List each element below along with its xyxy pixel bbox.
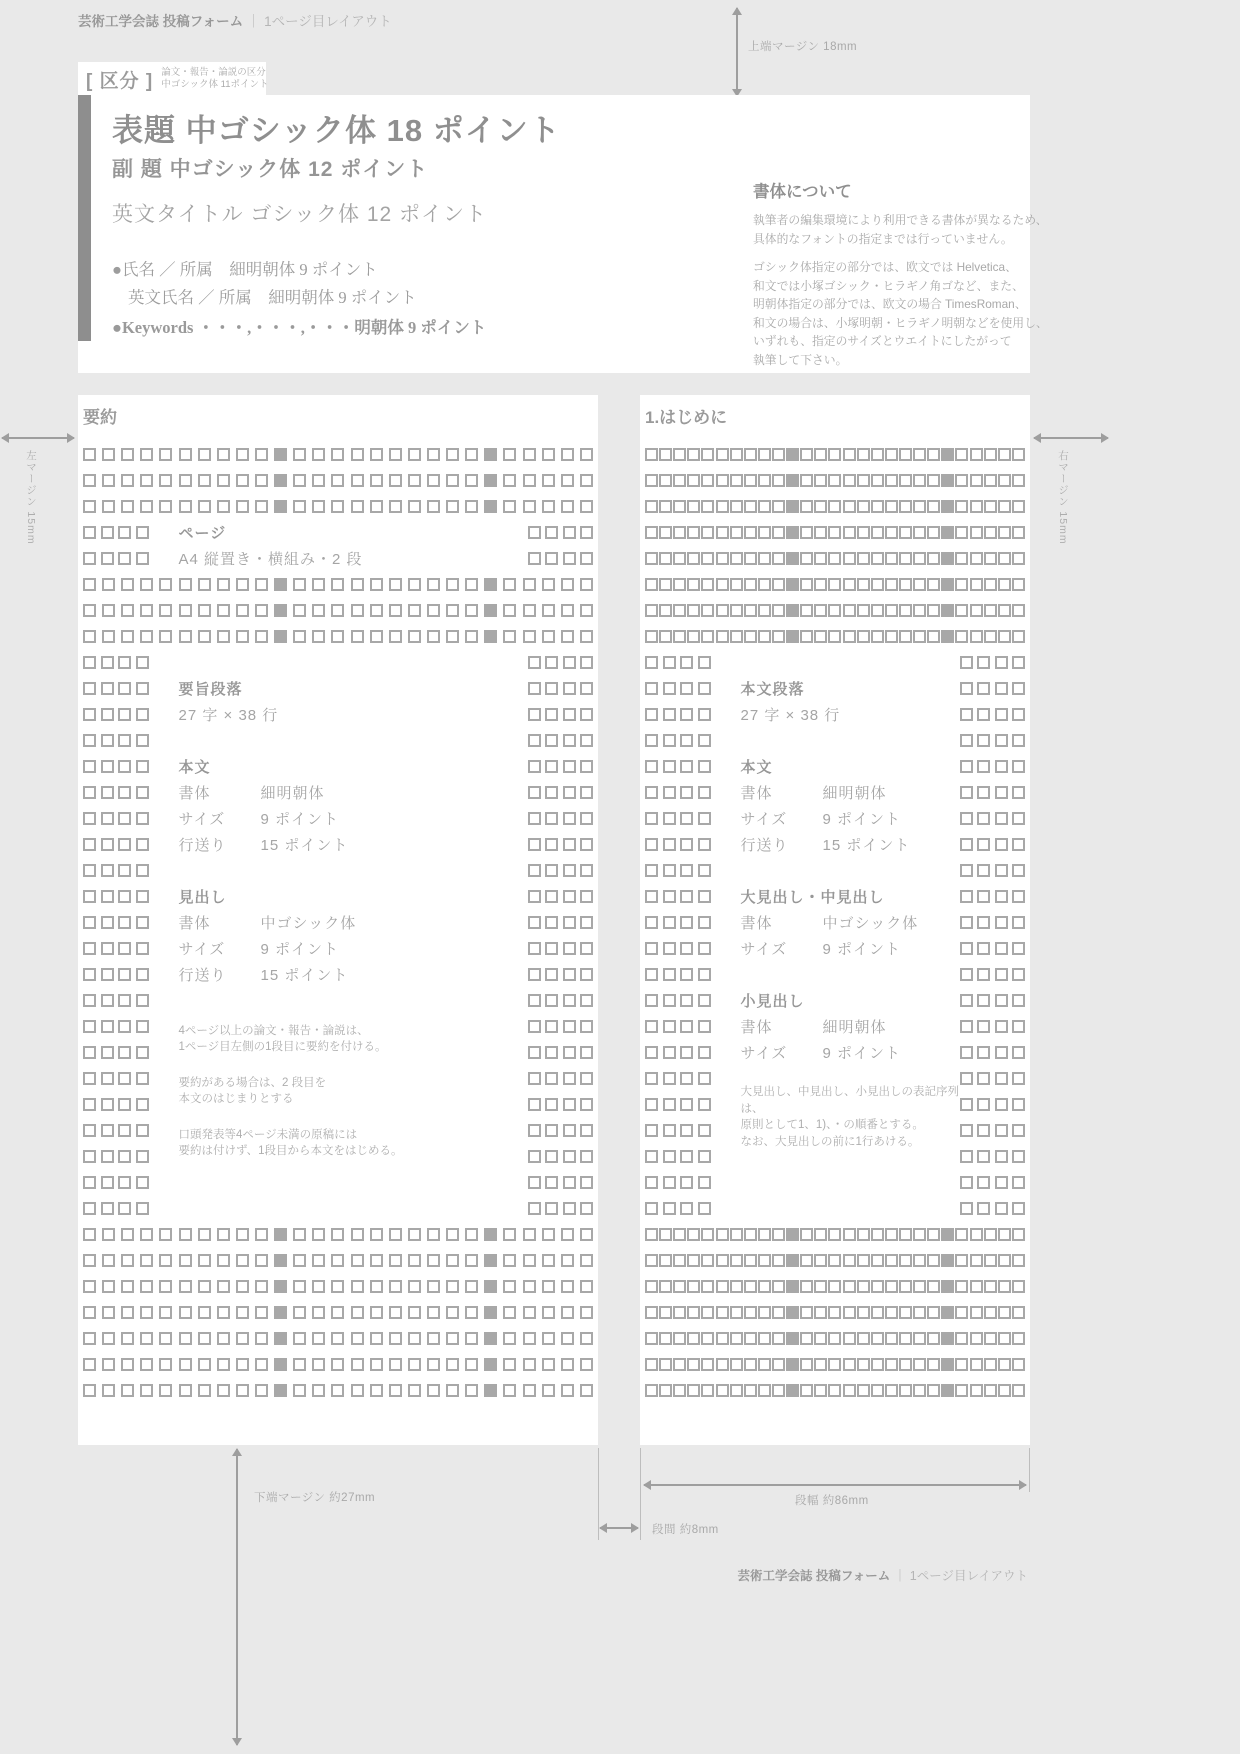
footer-brand: 芸術工学会誌 投稿フォーム bbox=[737, 1569, 890, 1583]
placeholder-square bbox=[744, 1358, 757, 1371]
placeholder-square bbox=[580, 1072, 593, 1085]
placeholder-square bbox=[312, 630, 325, 643]
placeholder-square bbox=[701, 474, 714, 487]
placeholder-square bbox=[659, 1306, 672, 1319]
placeholder-square bbox=[545, 1150, 558, 1163]
placeholder-square bbox=[465, 604, 478, 617]
placeholder-square bbox=[857, 1254, 870, 1267]
placeholder-square bbox=[370, 500, 383, 513]
placeholder-square bbox=[927, 630, 940, 643]
right-edge-squares bbox=[960, 1176, 1026, 1189]
left-column-panel: 要約 ページA4 縦置き・横組み・2 段要旨段落27 字 × 38 行本文書体細… bbox=[78, 395, 598, 1445]
placeholder-square bbox=[503, 604, 516, 617]
note-text: 口頭発表等4ページ未満の原稿には要約は付けず、1段目から本文をはじめる。 bbox=[179, 1127, 528, 1160]
right-edge-squares bbox=[960, 890, 1026, 903]
placeholder-square bbox=[970, 1358, 983, 1371]
filled-square bbox=[941, 552, 954, 565]
right-edge-squares bbox=[960, 1150, 1026, 1163]
placeholder-square bbox=[857, 448, 870, 461]
column-width-label: 段幅 約86mm bbox=[795, 1492, 869, 1508]
placeholder-square bbox=[955, 1228, 968, 1241]
placeholder-square bbox=[701, 1306, 714, 1319]
placeholder-square bbox=[351, 474, 364, 487]
placeholder-square bbox=[83, 552, 96, 565]
placeholder-square bbox=[698, 838, 711, 851]
filled-square bbox=[484, 1254, 497, 1267]
placeholder-square bbox=[913, 1228, 926, 1241]
category-bracket-label: [ 区分 ] bbox=[86, 66, 153, 93]
placeholder-square bbox=[1012, 786, 1025, 799]
text-placeholder-row bbox=[83, 467, 593, 493]
placeholder-square bbox=[389, 474, 402, 487]
placeholder-square bbox=[899, 474, 912, 487]
placeholder-square bbox=[998, 474, 1011, 487]
filled-square bbox=[484, 578, 497, 591]
placeholder-square bbox=[885, 604, 898, 617]
placeholder-square bbox=[293, 630, 306, 643]
blank-row bbox=[645, 1195, 1025, 1221]
note-edge-subrow bbox=[960, 1117, 1026, 1143]
placeholder-square bbox=[561, 1254, 574, 1267]
note-edge-subrow bbox=[83, 1117, 149, 1143]
placeholder-square bbox=[871, 500, 884, 513]
placeholder-square bbox=[528, 812, 541, 825]
placeholder-square bbox=[561, 1332, 574, 1345]
placeholder-square bbox=[663, 786, 676, 799]
font-note-line: 和文の場合は、小塚明朝・ヒラギノ明朝などを使用し、 bbox=[753, 314, 1098, 333]
placeholder-square bbox=[716, 526, 729, 539]
left-edge-squares bbox=[645, 760, 711, 773]
note-row: 4ページ以上の論文・報告・論説は、1ページ目左側の1段目に要約を付ける。 bbox=[83, 1013, 593, 1065]
placeholder-square bbox=[83, 760, 96, 773]
placeholder-square bbox=[118, 942, 131, 955]
placeholder-square bbox=[389, 1384, 402, 1397]
placeholder-square bbox=[198, 1384, 211, 1397]
placeholder-square bbox=[977, 786, 990, 799]
filled-square bbox=[941, 1280, 954, 1293]
placeholder-square bbox=[970, 604, 983, 617]
placeholder-square bbox=[159, 448, 172, 461]
placeholder-square bbox=[83, 474, 96, 487]
placeholder-square bbox=[312, 448, 325, 461]
placeholder-square bbox=[545, 1202, 558, 1215]
text-placeholder-row bbox=[83, 1221, 593, 1247]
placeholder-square bbox=[580, 916, 593, 929]
placeholder-square bbox=[312, 1254, 325, 1267]
placeholder-square bbox=[680, 1072, 693, 1085]
placeholder-square bbox=[955, 1254, 968, 1267]
text-placeholder-row bbox=[83, 597, 593, 623]
placeholder-square bbox=[645, 942, 658, 955]
placeholder-square bbox=[687, 604, 700, 617]
placeholder-square bbox=[663, 1124, 676, 1137]
placeholder-square bbox=[528, 1124, 541, 1137]
placeholder-square bbox=[970, 1384, 983, 1397]
placeholder-square bbox=[561, 474, 574, 487]
placeholder-square bbox=[1012, 474, 1025, 487]
placeholder-square bbox=[580, 942, 593, 955]
left-edge-squares bbox=[645, 864, 711, 877]
left-edge-squares bbox=[645, 838, 711, 851]
placeholder-square bbox=[140, 474, 153, 487]
placeholder-square bbox=[913, 1280, 926, 1293]
placeholder-square bbox=[1012, 838, 1025, 851]
placeholder-square bbox=[730, 526, 743, 539]
placeholder-square bbox=[136, 838, 149, 851]
placeholder-square bbox=[687, 578, 700, 591]
placeholder-square bbox=[101, 1150, 114, 1163]
placeholder-square bbox=[351, 1358, 364, 1371]
placeholder-square bbox=[913, 526, 926, 539]
placeholder-square bbox=[828, 1306, 841, 1319]
keywords-line: ●Keywords ・・・,・・・,・・・明朝体 9 ポイント bbox=[112, 314, 486, 338]
top-margin-arrow bbox=[736, 8, 738, 96]
placeholder-square bbox=[645, 1332, 658, 1345]
placeholder-square bbox=[698, 1098, 711, 1111]
left-edge-squares bbox=[83, 838, 149, 851]
blank-row bbox=[83, 1195, 593, 1221]
gutter-guide-right bbox=[640, 1448, 641, 1540]
placeholder-square bbox=[121, 448, 134, 461]
spec-value: 9 ポイント bbox=[261, 808, 340, 829]
placeholder-square bbox=[744, 1228, 757, 1241]
placeholder-square bbox=[927, 552, 940, 565]
right-edge-squares bbox=[528, 656, 594, 669]
filled-square bbox=[274, 448, 287, 461]
placeholder-square bbox=[255, 448, 268, 461]
spec-key: サイズ bbox=[741, 808, 823, 829]
text-placeholder-row bbox=[645, 467, 1025, 493]
placeholder-square bbox=[927, 526, 940, 539]
placeholder-square bbox=[121, 630, 134, 643]
placeholder-square bbox=[545, 890, 558, 903]
placeholder-square bbox=[523, 630, 536, 643]
placeholder-square bbox=[995, 890, 1008, 903]
placeholder-square bbox=[843, 1228, 856, 1241]
spec-value: 15 ポイント bbox=[823, 834, 911, 855]
placeholder-square bbox=[698, 1020, 711, 1033]
placeholder-square bbox=[984, 1306, 997, 1319]
placeholder-square bbox=[121, 1228, 134, 1241]
placeholder-square bbox=[408, 1254, 421, 1267]
filled-square bbox=[274, 500, 287, 513]
right-edge-squares bbox=[960, 682, 1026, 695]
right-edge-squares bbox=[528, 708, 594, 721]
placeholder-square bbox=[331, 448, 344, 461]
right-margin-arrow bbox=[1034, 437, 1108, 439]
section-label-row: 見出し bbox=[83, 883, 593, 909]
placeholder-square bbox=[523, 448, 536, 461]
placeholder-square bbox=[159, 1228, 172, 1241]
placeholder-square bbox=[198, 1228, 211, 1241]
placeholder-square bbox=[659, 630, 672, 643]
placeholder-square bbox=[663, 994, 676, 1007]
placeholder-square bbox=[389, 630, 402, 643]
placeholder-square bbox=[236, 1280, 249, 1293]
note-row: 大見出し、中見出し、小見出しの表記序列は、原則として1、1)、・の順番とする。な… bbox=[645, 1091, 1025, 1143]
note-edge-squares bbox=[645, 1091, 711, 1143]
spec-key: 書体 bbox=[741, 782, 823, 803]
placeholder-square bbox=[698, 656, 711, 669]
placeholder-square bbox=[814, 604, 827, 617]
right-edge-squares bbox=[960, 864, 1026, 877]
placeholder-square bbox=[118, 968, 131, 981]
right-edge-squares bbox=[960, 734, 1026, 747]
placeholder-square bbox=[680, 916, 693, 929]
placeholder-square bbox=[255, 500, 268, 513]
placeholder-square bbox=[998, 1228, 1011, 1241]
placeholder-square bbox=[970, 1280, 983, 1293]
filled-square bbox=[484, 630, 497, 643]
placeholder-square bbox=[465, 474, 478, 487]
placeholder-square bbox=[701, 578, 714, 591]
spec-value: 細明朝体 bbox=[823, 782, 887, 803]
placeholder-square bbox=[913, 1332, 926, 1345]
placeholder-square bbox=[716, 552, 729, 565]
placeholder-square bbox=[1012, 1098, 1025, 1111]
filled-square bbox=[941, 1254, 954, 1267]
placeholder-square bbox=[955, 474, 968, 487]
placeholder-square bbox=[663, 942, 676, 955]
font-note-line: 具体的なフォントの指定までは行っていません。 bbox=[753, 230, 1098, 249]
placeholder-square bbox=[663, 864, 676, 877]
left-edge-squares bbox=[83, 682, 149, 695]
placeholder-square bbox=[179, 604, 192, 617]
placeholder-square bbox=[871, 448, 884, 461]
placeholder-square bbox=[118, 760, 131, 773]
placeholder-square bbox=[687, 500, 700, 513]
placeholder-square bbox=[772, 630, 785, 643]
placeholder-square bbox=[83, 1358, 96, 1371]
placeholder-square bbox=[680, 1202, 693, 1215]
placeholder-square bbox=[118, 552, 131, 565]
placeholder-square bbox=[659, 526, 672, 539]
placeholder-square bbox=[1012, 864, 1025, 877]
placeholder-square bbox=[118, 526, 131, 539]
placeholder-square bbox=[814, 1280, 827, 1293]
right-edge-squares bbox=[528, 552, 594, 565]
placeholder-square bbox=[83, 1254, 96, 1267]
placeholder-square bbox=[118, 812, 131, 825]
placeholder-square bbox=[118, 656, 131, 669]
placeholder-square bbox=[545, 864, 558, 877]
placeholder-square bbox=[970, 1228, 983, 1241]
placeholder-square bbox=[580, 1124, 593, 1137]
placeholder-square bbox=[159, 1280, 172, 1293]
placeholder-square bbox=[542, 1358, 555, 1371]
filled-square bbox=[786, 1384, 799, 1397]
placeholder-square bbox=[995, 812, 1008, 825]
placeholder-square bbox=[701, 1228, 714, 1241]
placeholder-square bbox=[217, 1332, 230, 1345]
placeholder-square bbox=[673, 1384, 686, 1397]
filled-square bbox=[274, 474, 287, 487]
placeholder-square bbox=[814, 630, 827, 643]
spec-pair-row: 行送り15 ポイント bbox=[83, 831, 593, 857]
left-edge-squares bbox=[960, 1124, 1026, 1137]
left-edge-squares bbox=[83, 786, 149, 799]
placeholder-square bbox=[446, 1306, 459, 1319]
filled-square bbox=[941, 526, 954, 539]
filled-square bbox=[274, 604, 287, 617]
placeholder-square bbox=[136, 708, 149, 721]
filled-square bbox=[484, 1332, 497, 1345]
text-placeholder-row bbox=[645, 597, 1025, 623]
top-margin-label: 上端マージン 18mm bbox=[748, 38, 857, 54]
placeholder-square bbox=[814, 474, 827, 487]
spec-pair-row: 行送り15 ポイント bbox=[645, 831, 1025, 857]
placeholder-square bbox=[970, 1306, 983, 1319]
placeholder-square bbox=[730, 474, 743, 487]
placeholder-square bbox=[843, 448, 856, 461]
placeholder-square bbox=[885, 1358, 898, 1371]
placeholder-square bbox=[800, 1280, 813, 1293]
placeholder-square bbox=[927, 1332, 940, 1345]
placeholder-square bbox=[293, 474, 306, 487]
placeholder-square bbox=[899, 1228, 912, 1241]
left-edge-squares bbox=[645, 708, 711, 721]
placeholder-square bbox=[121, 1384, 134, 1397]
placeholder-square bbox=[179, 1306, 192, 1319]
placeholder-square bbox=[446, 604, 459, 617]
placeholder-square bbox=[645, 604, 658, 617]
placeholder-square bbox=[331, 604, 344, 617]
placeholder-square bbox=[83, 1176, 96, 1189]
placeholder-square bbox=[871, 1384, 884, 1397]
placeholder-square bbox=[857, 552, 870, 565]
placeholder-square bbox=[998, 1254, 1011, 1267]
placeholder-square bbox=[1012, 1254, 1025, 1267]
note-edge-subrow bbox=[83, 1091, 149, 1117]
spec-pair-row: 書体中ゴシック体 bbox=[83, 909, 593, 935]
placeholder-square bbox=[955, 1332, 968, 1345]
placeholder-square bbox=[927, 604, 940, 617]
text-placeholder-row bbox=[83, 1351, 593, 1377]
placeholder-square bbox=[136, 1020, 149, 1033]
placeholder-square bbox=[545, 1020, 558, 1033]
placeholder-square bbox=[800, 500, 813, 513]
placeholder-square bbox=[828, 578, 841, 591]
placeholder-square bbox=[351, 1306, 364, 1319]
placeholder-square bbox=[744, 1280, 757, 1293]
placeholder-square bbox=[542, 604, 555, 617]
placeholder-square bbox=[101, 526, 114, 539]
placeholder-square bbox=[645, 1384, 658, 1397]
placeholder-square bbox=[528, 1150, 541, 1163]
spec-value: 中ゴシック体 bbox=[823, 912, 919, 933]
placeholder-square bbox=[523, 1254, 536, 1267]
placeholder-square bbox=[663, 890, 676, 903]
placeholder-square bbox=[960, 708, 973, 721]
placeholder-square bbox=[580, 1306, 593, 1319]
placeholder-square bbox=[389, 1280, 402, 1293]
main-title: 表題 中ゴシック体 18 ポイント bbox=[112, 105, 561, 150]
right-edge-squares bbox=[528, 786, 594, 799]
column-width-arrow bbox=[644, 1484, 1026, 1486]
placeholder-square bbox=[680, 1150, 693, 1163]
placeholder-square bbox=[927, 1280, 940, 1293]
placeholder-square bbox=[673, 1358, 686, 1371]
left-edge-squares bbox=[83, 1098, 149, 1111]
placeholder-square bbox=[102, 1228, 115, 1241]
placeholder-square bbox=[663, 1202, 676, 1215]
placeholder-square bbox=[687, 1254, 700, 1267]
placeholder-square bbox=[955, 578, 968, 591]
placeholder-square bbox=[687, 1280, 700, 1293]
placeholder-square bbox=[580, 812, 593, 825]
placeholder-square bbox=[814, 552, 827, 565]
blank-row bbox=[645, 727, 1025, 753]
text-placeholder-row bbox=[83, 441, 593, 467]
placeholder-square bbox=[885, 500, 898, 513]
placeholder-square bbox=[843, 1332, 856, 1345]
placeholder-square bbox=[680, 1124, 693, 1137]
placeholder-square bbox=[701, 1280, 714, 1293]
placeholder-square bbox=[701, 1358, 714, 1371]
spec-pair-row: 書体細明朝体 bbox=[83, 779, 593, 805]
placeholder-square bbox=[179, 1332, 192, 1345]
placeholder-square bbox=[663, 708, 676, 721]
placeholder-square bbox=[998, 1332, 1011, 1345]
placeholder-square bbox=[528, 916, 541, 929]
placeholder-square bbox=[236, 1384, 249, 1397]
placeholder-square bbox=[236, 630, 249, 643]
placeholder-square bbox=[899, 1306, 912, 1319]
placeholder-square bbox=[645, 1228, 658, 1241]
placeholder-square bbox=[730, 1332, 743, 1345]
placeholder-square bbox=[899, 1280, 912, 1293]
placeholder-square bbox=[351, 448, 364, 461]
placeholder-square bbox=[563, 1124, 576, 1137]
placeholder-square bbox=[101, 708, 114, 721]
placeholder-square bbox=[701, 630, 714, 643]
placeholder-square bbox=[370, 1384, 383, 1397]
placeholder-square bbox=[179, 578, 192, 591]
placeholder-square bbox=[998, 500, 1011, 513]
right-edge-squares bbox=[528, 812, 594, 825]
placeholder-square bbox=[136, 734, 149, 747]
placeholder-square bbox=[814, 500, 827, 513]
placeholder-square bbox=[730, 604, 743, 617]
header-divider: ｜ bbox=[247, 14, 261, 29]
left-edge-squares bbox=[645, 1124, 711, 1137]
placeholder-square bbox=[984, 1332, 997, 1345]
placeholder-square bbox=[955, 630, 968, 643]
placeholder-square bbox=[927, 1384, 940, 1397]
placeholder-square bbox=[427, 1306, 440, 1319]
text-placeholder-row bbox=[83, 1325, 593, 1351]
placeholder-square bbox=[645, 630, 658, 643]
placeholder-square bbox=[1012, 1046, 1025, 1059]
placeholder-square bbox=[136, 1098, 149, 1111]
placeholder-square bbox=[121, 1306, 134, 1319]
note-edge-subrow bbox=[645, 1091, 711, 1117]
placeholder-square bbox=[659, 1280, 672, 1293]
placeholder-square bbox=[960, 786, 973, 799]
spec-value: 9 ポイント bbox=[823, 808, 902, 829]
placeholder-square bbox=[545, 916, 558, 929]
placeholder-square bbox=[545, 1124, 558, 1137]
placeholder-square bbox=[645, 1254, 658, 1267]
left-edge-squares bbox=[645, 786, 711, 799]
placeholder-square bbox=[545, 526, 558, 539]
placeholder-square bbox=[659, 552, 672, 565]
placeholder-square bbox=[136, 994, 149, 1007]
placeholder-square bbox=[687, 1358, 700, 1371]
placeholder-square bbox=[758, 1280, 771, 1293]
placeholder-square bbox=[563, 1176, 576, 1189]
placeholder-square bbox=[236, 500, 249, 513]
